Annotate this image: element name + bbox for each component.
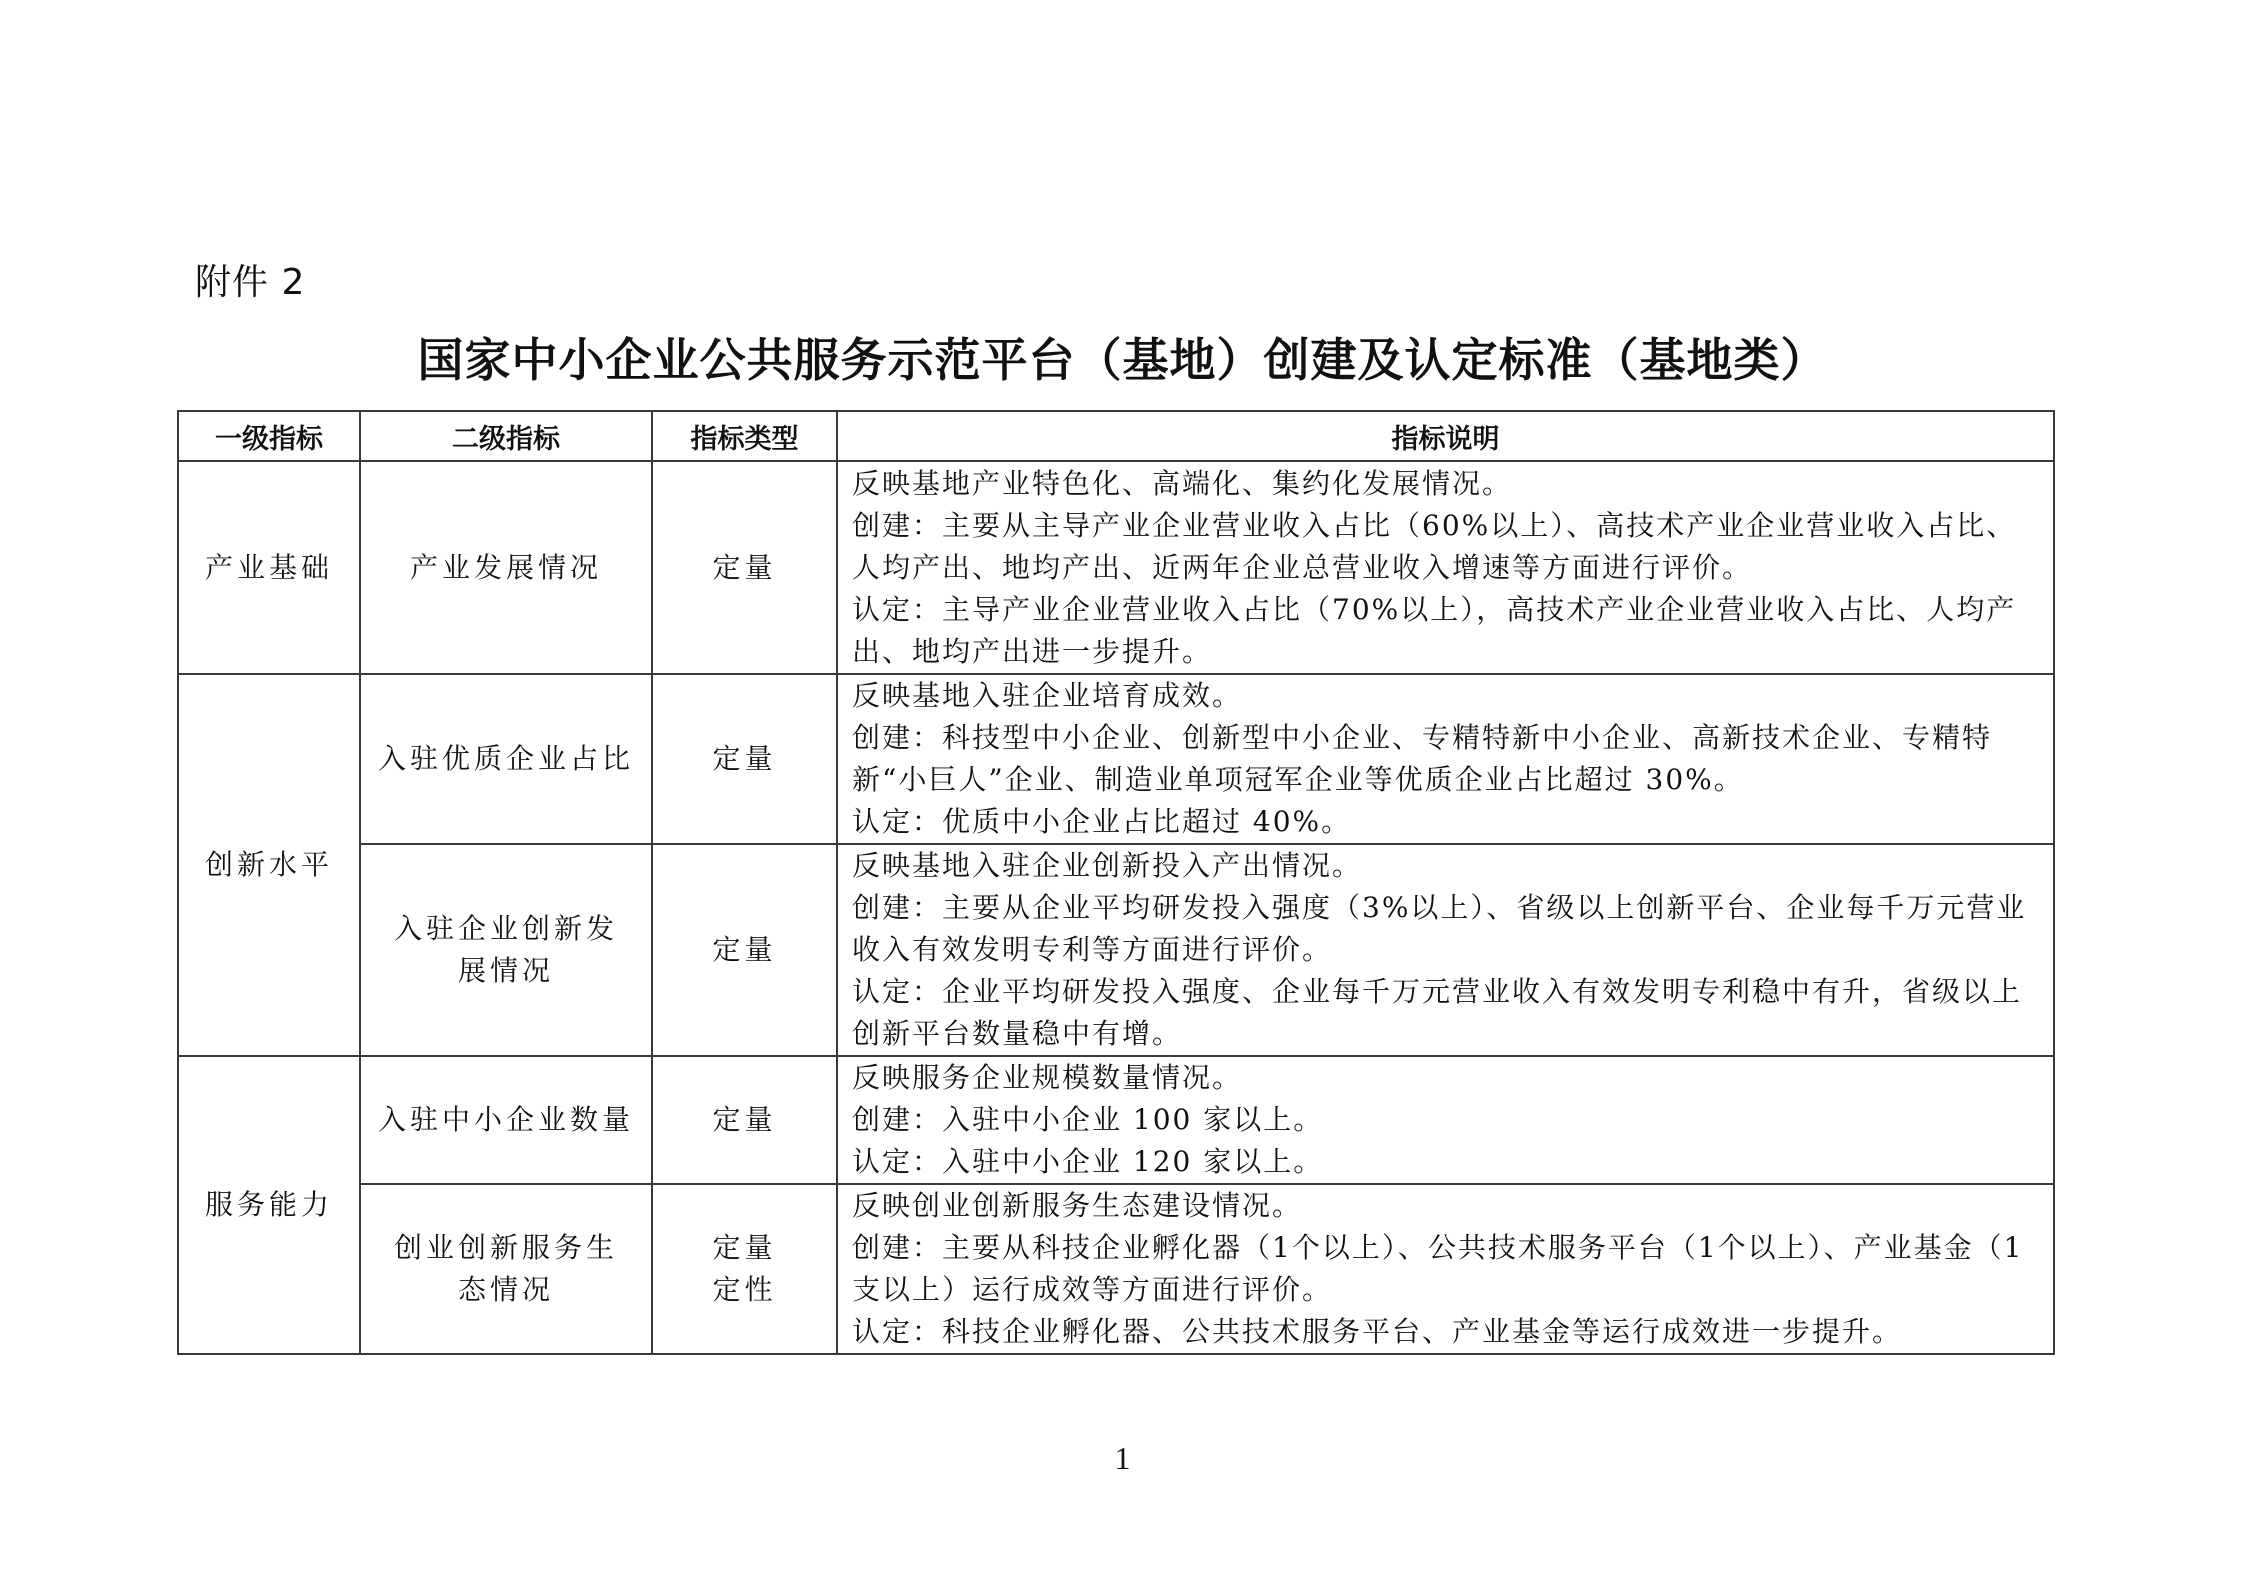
description-create: 创建：主要从科技企业孵化器（1个以上）、公共技术服务平台（1个以上）、产业基金（… xyxy=(852,1227,2041,1311)
level1-cell: 产业基础 xyxy=(178,461,360,674)
table-row: 产业基础 产业发展情况 定量 反映基地产业特色化、高端化、集约化发展情况。 创建… xyxy=(178,461,2054,674)
description-summary: 反映基地入驻企业创新投入产出情况。 xyxy=(852,845,2041,887)
level2-cell: 入驻企业创新发展情况 xyxy=(360,844,652,1056)
type-cell: 定量 xyxy=(652,674,837,844)
type-cell: 定量 xyxy=(652,461,837,674)
description-cell: 反映创业创新服务生态建设情况。 创建：主要从科技企业孵化器（1个以上）、公共技术… xyxy=(837,1184,2054,1354)
description-cell: 反映基地产业特色化、高端化、集约化发展情况。 创建：主要从主导产业企业营业收入占… xyxy=(837,461,2054,674)
page-number: 1 xyxy=(0,1440,2245,1477)
type-cell: 定量 定性 xyxy=(652,1184,837,1354)
description-create: 创建：科技型中小企业、创新型中小企业、专精特新中小企业、高新技术企业、专精特新“… xyxy=(852,717,2041,801)
type-cell: 定量 xyxy=(652,1056,837,1184)
description-summary: 反映基地产业特色化、高端化、集约化发展情况。 xyxy=(852,463,2041,505)
level1-cell: 创新水平 xyxy=(178,674,360,1056)
level2-cell: 产业发展情况 xyxy=(360,461,652,674)
criteria-table: 一级指标 二级指标 指标类型 指标说明 产业基础 产业发展情况 定量 反映基地产… xyxy=(177,410,2055,1355)
description-certify: 认定：企业平均研发投入强度、企业每千万元营业收入有效发明专利稳中有升，省级以上创… xyxy=(852,971,2041,1055)
description-cell: 反映基地入驻企业创新投入产出情况。 创建：主要从企业平均研发投入强度（3%以上）… xyxy=(837,844,2054,1056)
table-row: 服务能力 入驻中小企业数量 定量 反映服务企业规模数量情况。 创建：入驻中小企业… xyxy=(178,1056,2054,1184)
header-level2: 二级指标 xyxy=(360,411,652,461)
table-row: 入驻企业创新发展情况 定量 反映基地入驻企业创新投入产出情况。 创建：主要从企业… xyxy=(178,844,2054,1056)
description-summary: 反映基地入驻企业培育成效。 xyxy=(852,675,2041,717)
level2-cell: 创业创新服务生态情况 xyxy=(360,1184,652,1354)
level2-cell: 入驻优质企业占比 xyxy=(360,674,652,844)
attachment-label: 附件 2 xyxy=(195,258,305,308)
table-row: 创业创新服务生态情况 定量 定性 反映创业创新服务生态建设情况。 创建：主要从科… xyxy=(178,1184,2054,1354)
description-summary: 反映创业创新服务生态建设情况。 xyxy=(852,1185,2041,1227)
table-header-row: 一级指标 二级指标 指标类型 指标说明 xyxy=(178,411,2054,461)
description-certify: 认定：入驻中小企业 120 家以上。 xyxy=(852,1141,2041,1183)
table-row: 创新水平 入驻优质企业占比 定量 反映基地入驻企业培育成效。 创建：科技型中小企… xyxy=(178,674,2054,844)
description-cell: 反映基地入驻企业培育成效。 创建：科技型中小企业、创新型中小企业、专精特新中小企… xyxy=(837,674,2054,844)
type-cell: 定量 xyxy=(652,844,837,1056)
header-description: 指标说明 xyxy=(837,411,2054,461)
document-title: 国家中小企业公共服务示范平台（基地）创建及认定标准（基地类） xyxy=(0,330,2245,390)
header-type: 指标类型 xyxy=(652,411,837,461)
description-certify: 认定：科技企业孵化器、公共技术服务平台、产业基金等运行成效进一步提升。 xyxy=(852,1311,2041,1353)
type-line: 定量 xyxy=(653,1227,836,1269)
description-create: 创建：主要从主导产业企业营业收入占比（60%以上）、高技术产业企业营业收入占比、… xyxy=(852,505,2041,589)
description-create: 创建：主要从企业平均研发投入强度（3%以上）、省级以上创新平台、企业每千万元营业… xyxy=(852,887,2041,971)
type-line: 定性 xyxy=(653,1269,836,1311)
description-cell: 反映服务企业规模数量情况。 创建：入驻中小企业 100 家以上。 认定：入驻中小… xyxy=(837,1056,2054,1184)
description-create: 创建：入驻中小企业 100 家以上。 xyxy=(852,1099,2041,1141)
level2-cell: 入驻中小企业数量 xyxy=(360,1056,652,1184)
description-certify: 认定：主导产业企业营业收入占比（70%以上），高技术产业企业营业收入占比、人均产… xyxy=(852,589,2041,673)
level1-cell: 服务能力 xyxy=(178,1056,360,1354)
description-summary: 反映服务企业规模数量情况。 xyxy=(852,1057,2041,1099)
description-certify: 认定：优质中小企业占比超过 40%。 xyxy=(852,801,2041,843)
header-level1: 一级指标 xyxy=(178,411,360,461)
